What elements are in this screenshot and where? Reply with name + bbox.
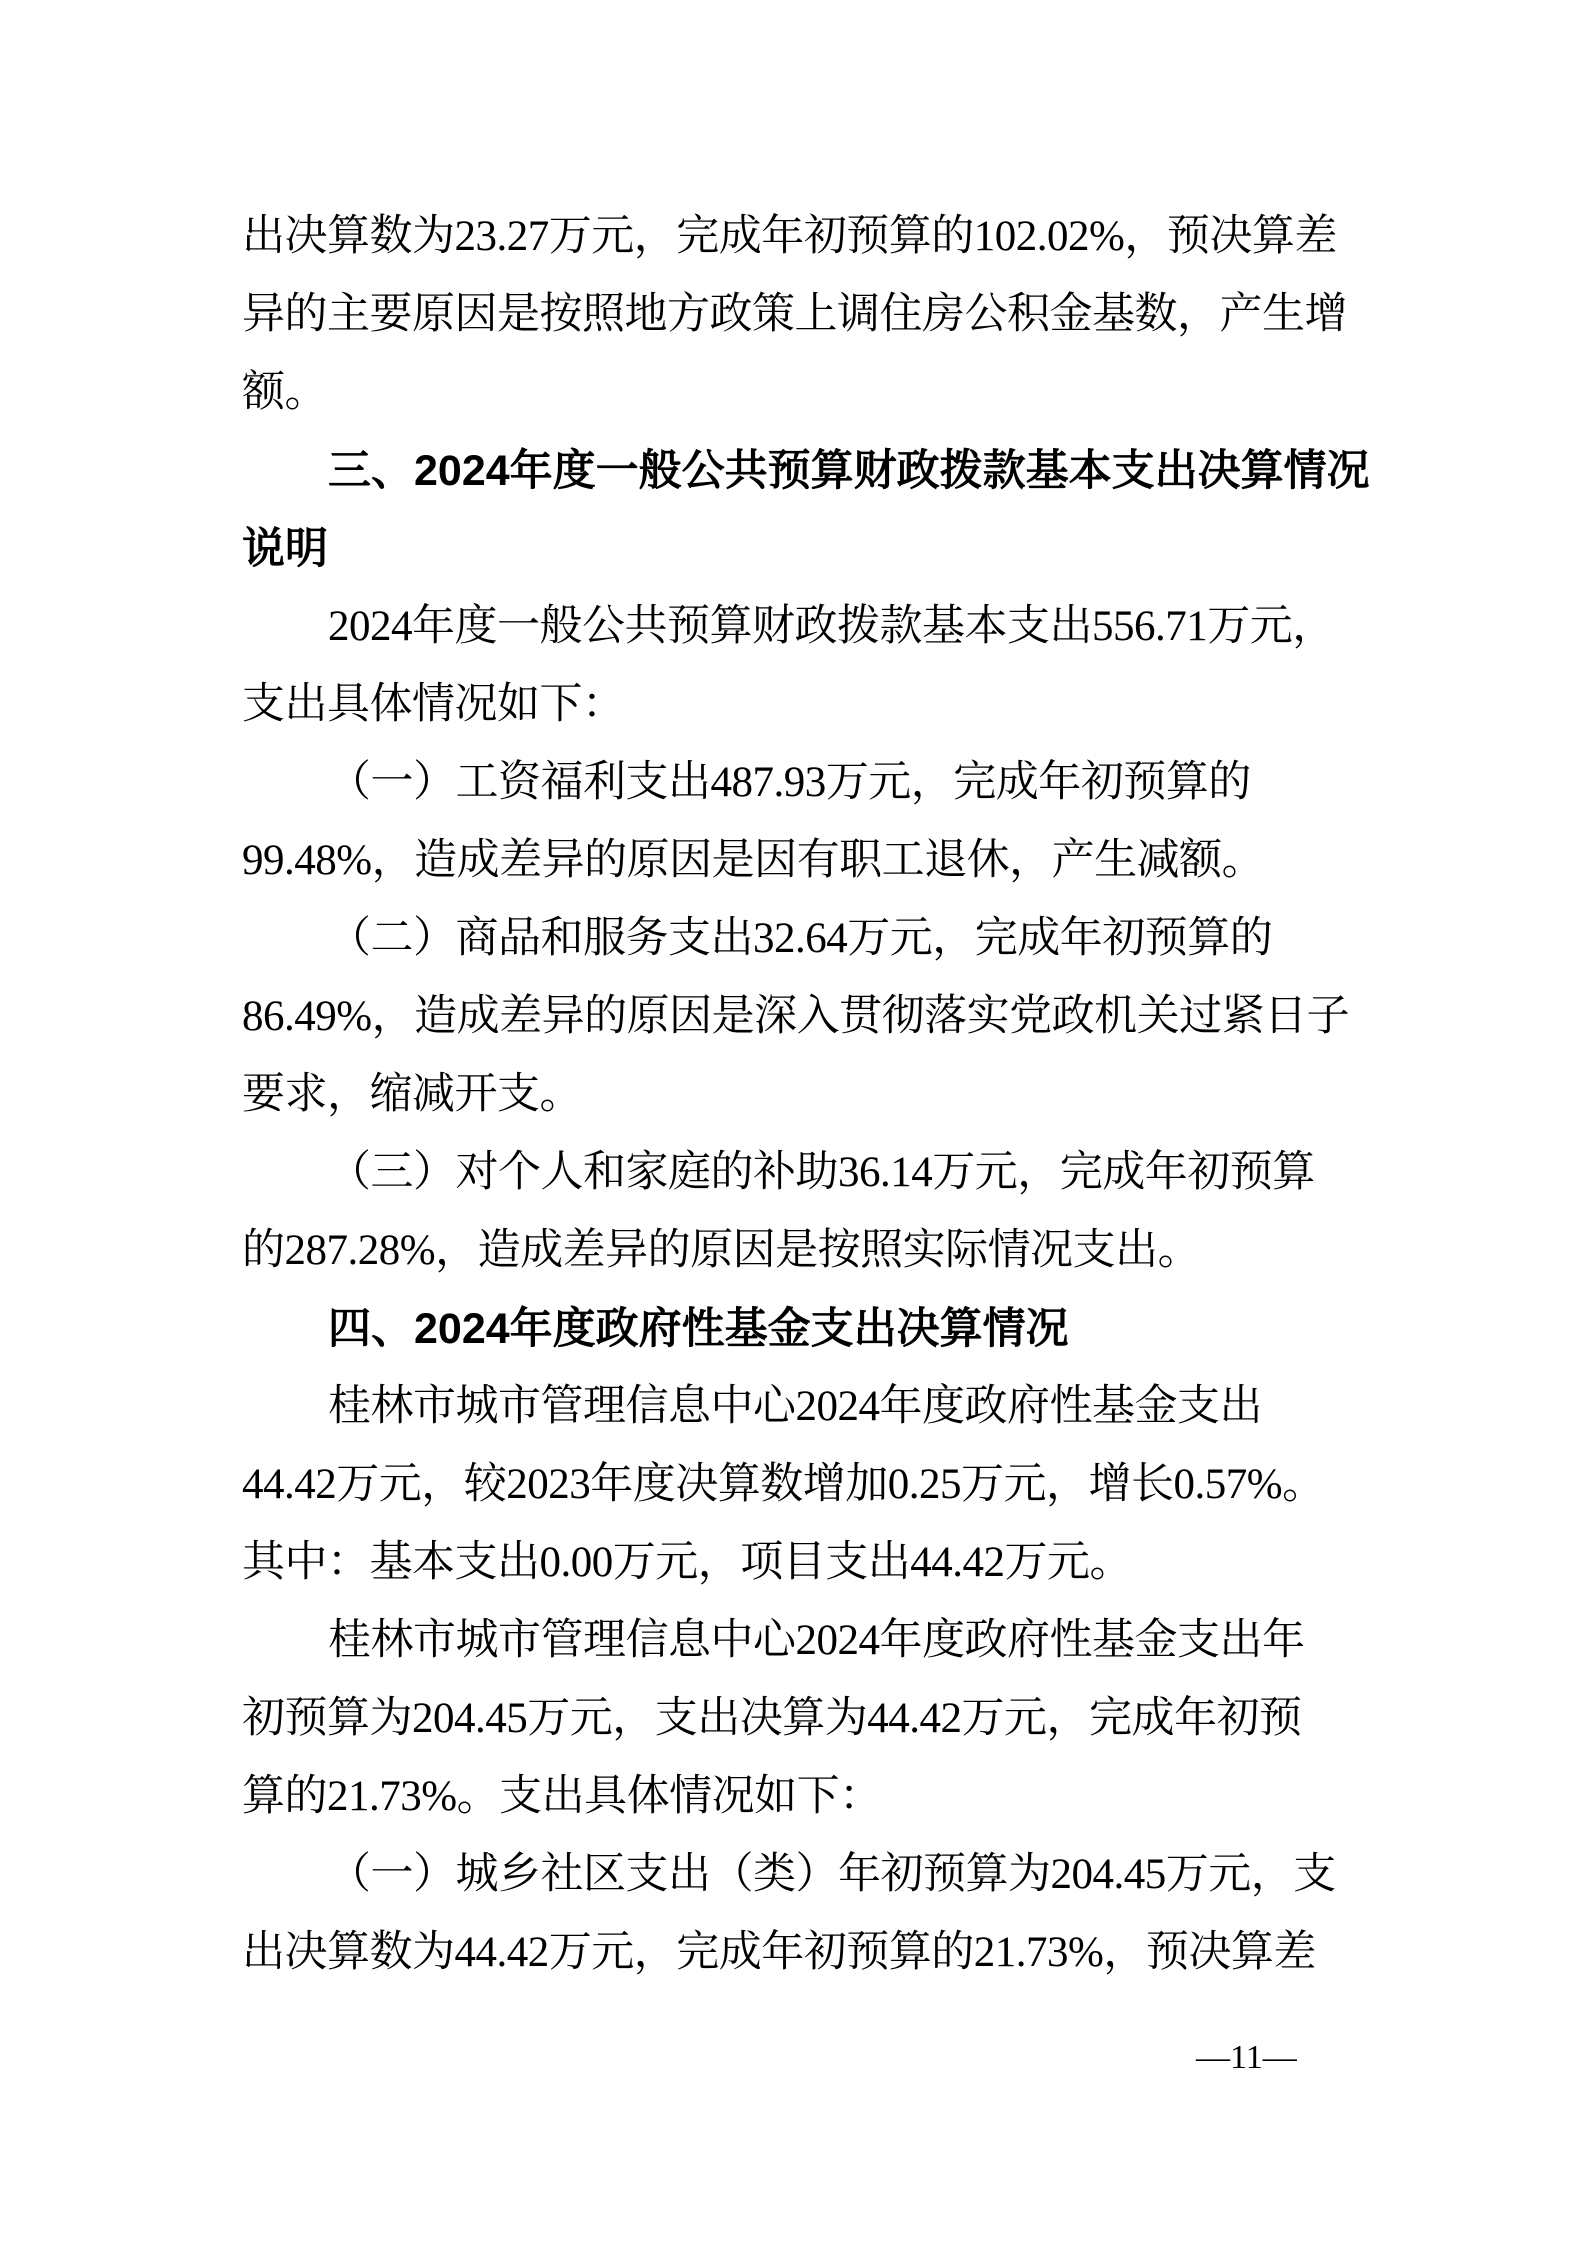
paragraph: （一）工资福利支出487.93万元，完成年初预算的99.48%，造成差异的原因是… [242,744,1360,900]
paragraph: 出决算数为23.27万元，完成年初预算的102.02%，预决算差异的主要原因是按… [242,198,1360,432]
text-line: 支出具体情况如下： [242,666,1360,744]
text-line: 其中：基本支出0.00万元，项目支出44.42万元。 [242,1524,1360,1602]
text-line: 99.48%，造成差异的原因是因有职工退休，产生减额。 [242,822,1360,900]
paragraph: （二）商品和服务支出32.64万元，完成年初预算的86.49%，造成差异的原因是… [242,900,1360,1134]
paragraph: 2024年度一般公共预算财政拨款基本支出556.71万元，支出具体情况如下： [242,588,1360,744]
heading-line: 说明 [242,510,1360,588]
text-line: 86.49%，造成差异的原因是深入贯彻落实党政机关过紧日子 [242,978,1360,1056]
heading-line: 四、2024年度政府性基金支出决算情况 [242,1290,1360,1368]
text-line: 异的主要原因是按照地方政策上调住房公积金基数，产生增 [242,276,1360,354]
text-line: 出决算数为44.42万元，完成年初预算的21.73%，预决算差 [242,1914,1360,1992]
text-line: 44.42万元，较2023年度决算数增加0.25万元，增长0.57%。 [242,1446,1360,1524]
text-line: 桂林市城市管理信息中心2024年度政府性基金支出年 [242,1602,1360,1680]
page-number: —11— [1196,2038,1297,2078]
section-heading: 三、2024年度一般公共预算财政拨款基本支出决算情况说明 [242,432,1360,588]
document-page: 出决算数为23.27万元，完成年初预算的102.02%，预决算差异的主要原因是按… [0,0,1587,2245]
text-content: 出决算数为23.27万元，完成年初预算的102.02%，预决算差异的主要原因是按… [242,198,1360,1992]
paragraph: （一）城乡社区支出（类）年初预算为204.45万元，支出决算数为44.42万元，… [242,1836,1360,1992]
section-heading: 四、2024年度政府性基金支出决算情况 [242,1290,1360,1368]
paragraph: （三）对个人和家庭的补助36.14万元，完成年初预算的287.28%，造成差异的… [242,1134,1360,1290]
text-line: 额。 [242,354,1360,432]
text-line: 桂林市城市管理信息中心2024年度政府性基金支出 [242,1368,1360,1446]
text-line: 2024年度一般公共预算财政拨款基本支出556.71万元， [242,588,1360,666]
paragraph: 桂林市城市管理信息中心2024年度政府性基金支出年初预算为204.45万元，支出… [242,1602,1360,1836]
text-line: 算的21.73%。支出具体情况如下： [242,1758,1360,1836]
text-line: （一）工资福利支出487.93万元，完成年初预算的 [242,744,1360,822]
text-line: 初预算为204.45万元，支出决算为44.42万元，完成年初预 [242,1680,1360,1758]
text-line: （二）商品和服务支出32.64万元，完成年初预算的 [242,900,1360,978]
heading-line: 三、2024年度一般公共预算财政拨款基本支出决算情况 [242,432,1360,510]
text-line: （三）对个人和家庭的补助36.14万元，完成年初预算 [242,1134,1360,1212]
text-line: 出决算数为23.27万元，完成年初预算的102.02%，预决算差 [242,198,1360,276]
paragraph: 桂林市城市管理信息中心2024年度政府性基金支出44.42万元，较2023年度决… [242,1368,1360,1602]
text-line: 的287.28%，造成差异的原因是按照实际情况支出。 [242,1212,1360,1290]
text-line: 要求，缩减开支。 [242,1056,1360,1134]
text-line: （一）城乡社区支出（类）年初预算为204.45万元，支 [242,1836,1360,1914]
